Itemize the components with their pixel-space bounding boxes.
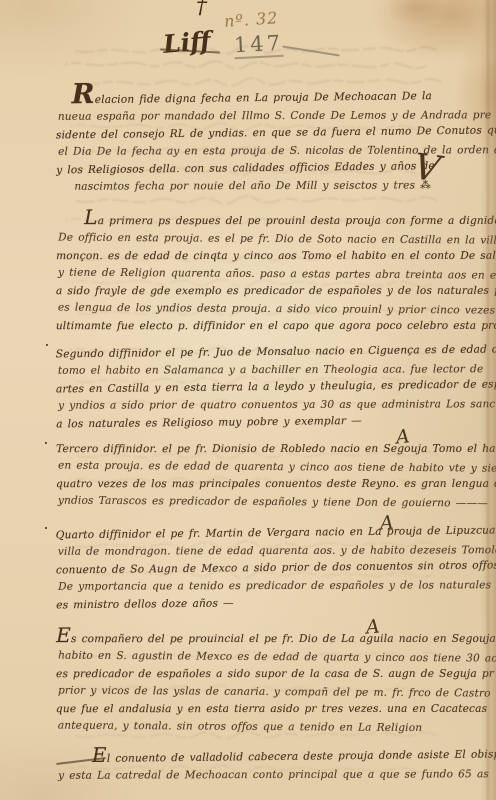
ink-flourish: A: [379, 512, 394, 535]
manuscript-line: Es compañero del pe prouincial el pe fr.…: [56, 630, 480, 648]
manuscript-line: Segundo diffinidor el pe fr. Juo de Mons…: [56, 341, 480, 363]
manuscript-line: que fue el andalusia y en esta tierra as…: [56, 700, 480, 718]
manuscript-line: antequera, y tonala. sin otros offos que…: [58, 717, 482, 737]
folio-number: 147: [233, 31, 283, 60]
manuscript-line: El conuento de valladolid cabecera deste…: [56, 746, 480, 768]
manuscript-line: De officio en esta prouja. es el pe fr. …: [58, 229, 482, 249]
manuscript-line: prior y vicos de las yslas de canaria. y…: [58, 682, 482, 702]
margin-dot: ·: [44, 437, 48, 450]
manuscript-line: y esta La catredal de Mechoacan conto pr…: [58, 765, 482, 784]
cross-mark: †: [196, 0, 207, 19]
ink-flourish: A: [365, 615, 381, 638]
manuscript-line: La primera ps despues del pe prouinl des…: [56, 213, 480, 231]
paragraph-primer-diffinidor: La primera ps despues del pe prouinl des…: [56, 212, 480, 336]
paragraph-convento-valladolid: El conuento de valladolid cabecera deste…: [56, 747, 480, 785]
manuscript-page: † nº. 32 Liff 147 Relacion fide digna fe…: [0, 0, 496, 800]
paragraph-tercero-diffinidor: Tercero diffinidor. el pe fr. Dionisio d…: [56, 440, 480, 511]
manuscript-line: es predicador de españoles a sido supor …: [56, 665, 480, 683]
paragraph-segundo-diffinidor: Segundo diffinidor el pe fr. Juo de Mons…: [56, 342, 481, 432]
manuscript-line: quatro vezes de los mas principales conu…: [56, 476, 480, 494]
manuscript-line: yndios Tarascos es predicador de español…: [58, 492, 482, 512]
manuscript-line: monçon. es de edad de cinqta y cinco aos…: [56, 248, 480, 266]
manuscript-text: Relacion fide digna fecha en La prouja D…: [56, 90, 480, 784]
manuscript-line: es lengua de los yndios desta prouja. a …: [58, 299, 482, 319]
archive-number: nº. 32: [223, 8, 279, 31]
manuscript-line: Tercero diffinidor. el pe fr. Dionisio d…: [56, 441, 480, 459]
margin-dot: ·: [44, 522, 48, 535]
manuscript-line: habito en S. agustin de Mexco es de edad…: [58, 647, 482, 667]
rubric-mark: Liff: [162, 26, 212, 59]
ink-flourish: A: [395, 425, 411, 448]
manuscript-line: ultimamte fue electo p. diffinidor en el…: [56, 318, 480, 336]
page-edge-streak: [487, 0, 489, 800]
manuscript-line: es ministro dellos doze años —: [56, 593, 480, 615]
paragraph-quarto-diffinidor: Quarto diffinidor el pe fr. Martin de Ve…: [56, 524, 481, 614]
paragraph-companero-provincial: Es compañero del pe prouincial el pe fr.…: [56, 630, 480, 736]
margin-dot: ·: [45, 339, 49, 352]
manuscript-line: y tiene de Religion quarenta años. paso …: [58, 264, 482, 284]
manuscript-line: en esta prouja. es de edad de quarenta y…: [58, 457, 482, 477]
manuscript-line: a sido frayle de gde exemplo es predicad…: [56, 283, 480, 301]
